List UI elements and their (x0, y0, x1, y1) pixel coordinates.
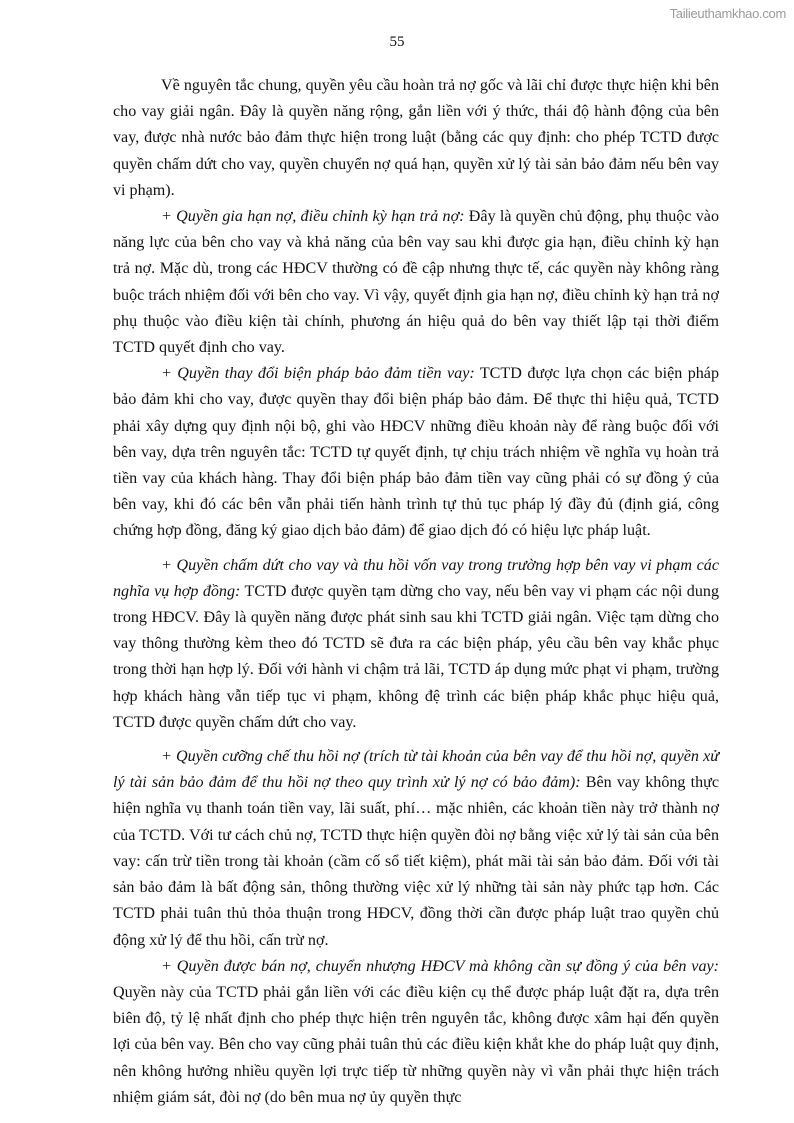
paragraph-general-principle: Về nguyên tắc chung, quyền yêu cầu hoàn … (113, 73, 719, 204)
paragraph-extend-debt: + Quyền gia hạn nợ, điều chỉnh kỳ hạn tr… (113, 204, 719, 361)
paragraph-sell-debt: + Quyền được bán nợ, chuyển nhượng HĐCV … (113, 954, 719, 1111)
paragraph-lead: + Quyền thay đổi biện pháp bảo đảm tiền … (161, 365, 475, 382)
paragraph-text: TCTD được lựa chọn các biện pháp bảo đảm… (113, 365, 719, 539)
paragraph-text: Đây là quyền chủ động, phụ thuộc vào năn… (113, 208, 719, 356)
watermark: Tailieuthamkhao.com (670, 6, 786, 21)
paragraph-text: Bên vay không thực hiện nghĩa vụ thanh t… (113, 774, 719, 948)
paragraph-text: Về nguyên tắc chung, quyền yêu cầu hoàn … (113, 77, 719, 199)
paragraph-terminate-loan: + Quyền chấm dứt cho vay và thu hồi vốn … (113, 553, 719, 736)
paragraph-change-collateral: + Quyền thay đổi biện pháp bảo đảm tiền … (113, 361, 719, 544)
paragraph-lead: + Quyền được bán nợ, chuyển nhượng HĐCV … (161, 958, 719, 975)
paragraph-lead: + Quyền gia hạn nợ, điều chỉnh kỳ hạn tr… (161, 208, 465, 225)
document-body: Về nguyên tắc chung, quyền yêu cầu hoàn … (113, 73, 719, 1111)
paragraph-enforce-recovery: + Quyền cưỡng chế thu hồi nợ (trích từ t… (113, 744, 719, 954)
paragraph-text: TCTD được quyền tạm dừng cho vay, nếu bê… (113, 583, 719, 731)
page-number: 55 (0, 34, 794, 51)
paragraph-text: Quyền này của TCTD phải gắn liền với các… (113, 984, 719, 1106)
